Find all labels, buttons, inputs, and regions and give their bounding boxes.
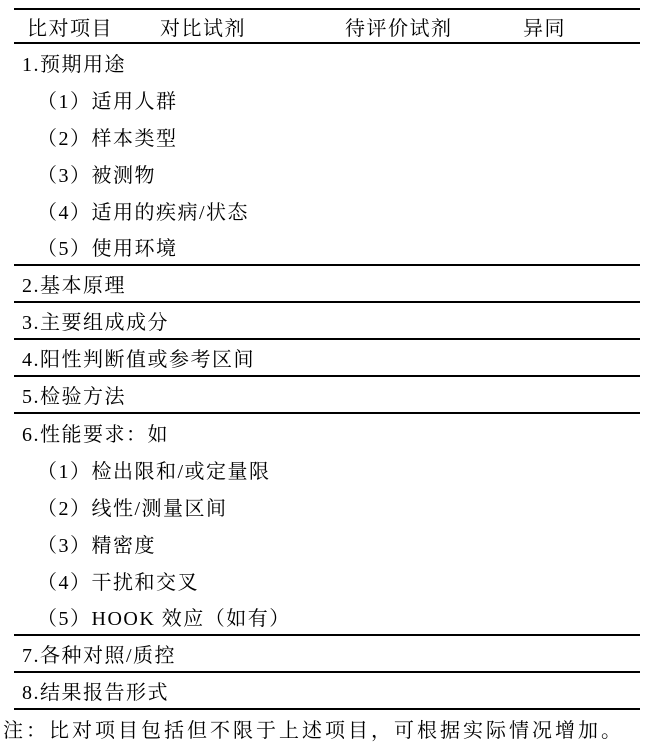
- table-row: （3）精密度: [14, 525, 640, 562]
- table-row: （4）适用的疾病/状态: [14, 192, 640, 229]
- table-row: 5.检验方法: [14, 377, 640, 414]
- row-label: （4）适用的疾病/状态: [37, 196, 249, 225]
- table-row: 1.预期用途: [14, 44, 640, 81]
- row-label: （5）HOOK 效应（如有）: [37, 602, 291, 631]
- table-row: （4）干扰和交叉: [14, 562, 640, 599]
- table-body: 1.预期用途 （1）适用人群 （2）样本类型 （3）被测物 （4）适用的疾病/状…: [14, 44, 640, 710]
- column-header-evaluated-reagent: 待评价试剂: [345, 12, 523, 41]
- table-row: 4.阳性判断值或参考区间: [14, 340, 640, 377]
- row-label: （2）样本类型: [37, 122, 178, 151]
- column-header-comparator-reagent: 对比试剂: [160, 12, 345, 41]
- column-header-comparison-item: 比对项目: [27, 12, 160, 41]
- row-label: 5.检验方法: [22, 380, 126, 409]
- row-label: 8.结果报告形式: [22, 676, 169, 705]
- row-label: 6.性能要求：如: [22, 418, 169, 447]
- row-label: （1）检出限和/或定量限: [37, 455, 271, 484]
- table-row: （2）线性/测量区间: [14, 488, 640, 525]
- row-label: 1.预期用途: [22, 48, 126, 77]
- row-label: 4.阳性判断值或参考区间: [22, 343, 255, 372]
- table-row: （2）样本类型: [14, 118, 640, 155]
- row-label: 3.主要组成成分: [22, 306, 169, 335]
- table-row: 2.基本原理: [14, 266, 640, 303]
- row-label: （1）适用人群: [37, 85, 178, 114]
- table-row: （3）被测物: [14, 155, 640, 192]
- table-row: （1）适用人群: [14, 81, 640, 118]
- document-page: 比对项目 对比试剂 待评价试剂 异同 1.预期用途 （1）适用人群 （2）样本类…: [0, 0, 654, 751]
- footnote: 注：比对项目包括但不限于上述项目，可根据实际情况增加。: [3, 716, 653, 746]
- row-label: （3）被测物: [37, 159, 156, 188]
- table-row: （1）检出限和/或定量限: [14, 451, 640, 488]
- comparison-table: 比对项目 对比试剂 待评价试剂 异同 1.预期用途 （1）适用人群 （2）样本类…: [14, 8, 640, 710]
- table-header-row: 比对项目 对比试剂 待评价试剂 异同: [14, 10, 640, 44]
- table-row: 6.性能要求：如: [14, 414, 640, 451]
- table-row: （5）使用环境: [14, 229, 640, 266]
- table-row: 8.结果报告形式: [14, 673, 640, 710]
- row-label: 7.各种对照/质控: [22, 639, 176, 668]
- table-row: 3.主要组成成分: [14, 303, 640, 340]
- row-label: 2.基本原理: [22, 269, 126, 298]
- row-label: （2）线性/测量区间: [37, 492, 228, 521]
- row-label: （3）精密度: [37, 529, 156, 558]
- table-row: （5）HOOK 效应（如有）: [14, 599, 640, 636]
- column-header-difference: 异同: [523, 12, 640, 41]
- row-label: （5）使用环境: [37, 232, 178, 261]
- row-label: （4）干扰和交叉: [37, 566, 199, 595]
- table-row: 7.各种对照/质控: [14, 636, 640, 673]
